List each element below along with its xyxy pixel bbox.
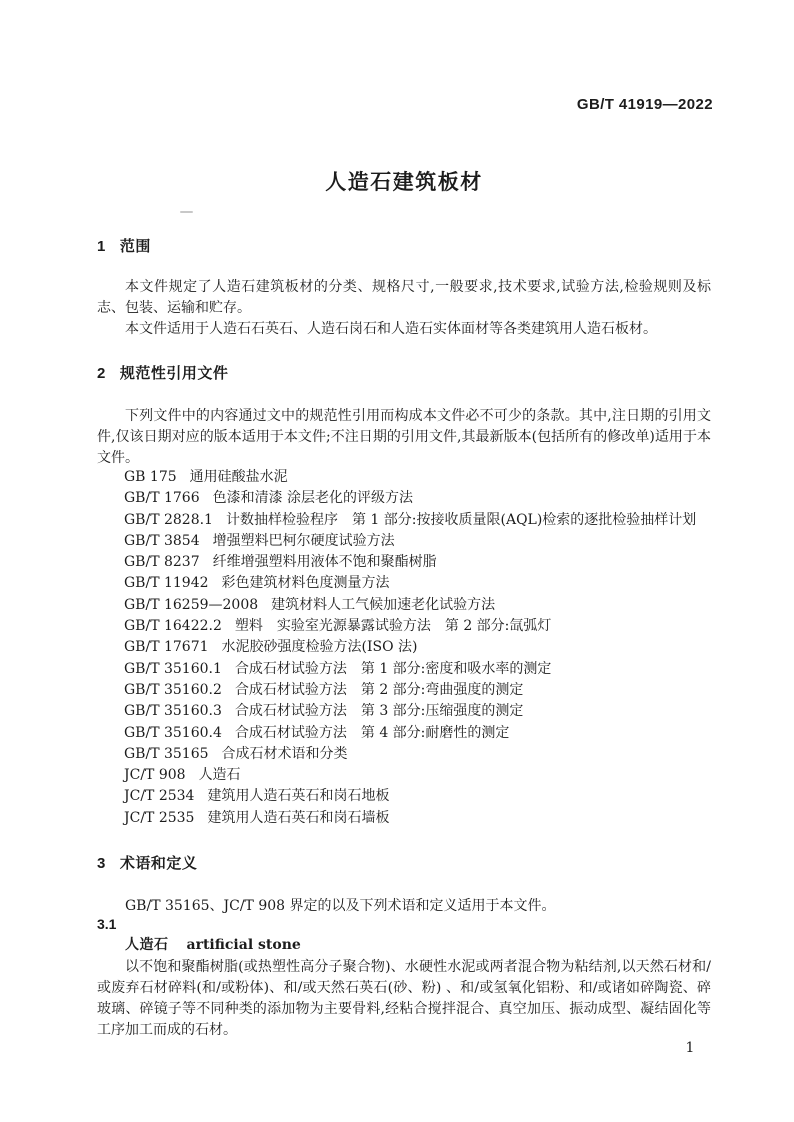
reference-code: JC/T 2535	[124, 810, 194, 826]
reference-code: JC/T 908	[124, 767, 186, 783]
references-intro-paragraph: 下列文件中的内容通过文中的规范性引用而构成本文件必不可少的条款。其中,注日期的引…	[97, 406, 711, 469]
reference-title: 通用硅酸盐水泥	[190, 469, 288, 485]
reference-title: 建筑用人造石英石和岗石墙板	[207, 810, 389, 826]
scope-paragraph-1: 本文件规定了人造石建筑板材的分类、规格尺寸,一般要求,技术要求,试验方法,检验规…	[97, 277, 711, 319]
reference-code: GB/T 11942	[124, 575, 209, 591]
reference-item: GB/T 35160.4合成石材试验方法 第 4 部分:耐磨性的测定	[124, 723, 724, 744]
scope-paragraph-2: 本文件适用于人造石石英石、人造石岗石和人造石实体面材等各类建筑用人造石板材。	[97, 319, 711, 340]
reference-code: GB/T 8237	[124, 554, 200, 570]
reference-item: GB/T 35160.1合成石材试验方法 第 1 部分:密度和吸水率的测定	[124, 659, 724, 680]
reference-code: GB 175	[124, 469, 177, 485]
reference-code: GB/T 17671	[124, 639, 209, 655]
reference-item: GB/T 17671水泥胶砂强度检验方法(ISO 法)	[124, 637, 724, 658]
reference-title: 合成石材试验方法 第 2 部分:弯曲强度的测定	[235, 682, 524, 698]
reference-item: GB/T 35160.3合成石材试验方法 第 3 部分:压缩强度的测定	[124, 701, 724, 722]
term-name-english: artificial stone	[187, 937, 301, 953]
document-title: 人造石建筑板材	[97, 166, 711, 196]
reference-code: GB/T 35160.2	[124, 682, 222, 698]
reference-item: GB/T 1766色漆和清漆 涂层老化的评级方法	[124, 488, 724, 509]
reference-title: 色漆和清漆 涂层老化的评级方法	[213, 490, 413, 506]
reference-item: JC/T 2535建筑用人造石英石和岗石墙板	[124, 808, 724, 829]
reference-title: 增强塑料巴柯尔硬度试验方法	[213, 533, 395, 549]
section-1-number: 1	[97, 238, 106, 255]
reference-code: GB/T 16259—2008	[124, 597, 258, 613]
reference-title: 计数抽样检验程序 第 1 部分:按接收质量限(AQL)检索的逐批检验抽样计划	[226, 512, 696, 528]
reference-item: GB 175通用硅酸盐水泥	[124, 467, 724, 488]
reference-title: 合成石材试验方法 第 4 部分:耐磨性的测定	[235, 725, 510, 741]
reference-code: GB/T 35160.4	[124, 725, 222, 741]
reference-title: 水泥胶砂强度检验方法(ISO 法)	[222, 639, 418, 655]
section-1-title: 范围	[120, 238, 151, 255]
reference-code: GB/T 2828.1	[124, 512, 213, 528]
section-3-heading: 3术语和定义	[97, 852, 197, 873]
reference-item: GB/T 8237纤维增强塑料用液体不饱和聚酯树脂	[124, 552, 724, 573]
term-clause-number: 3.1	[97, 914, 116, 935]
reference-item: GB/T 35165合成石材术语和分类	[124, 744, 724, 765]
reference-code: GB/T 16422.2	[124, 618, 222, 634]
reference-item: GB/T 16422.2塑料 实验室光源暴露试验方法 第 2 部分:氙弧灯	[124, 616, 724, 637]
reference-code: JC/T 2534	[124, 788, 194, 804]
section-2-heading: 2规范性引用文件	[97, 362, 228, 383]
reference-item: GB/T 35160.2合成石材试验方法 第 2 部分:弯曲强度的测定	[124, 680, 724, 701]
section-2-number: 2	[97, 365, 106, 382]
reference-item: GB/T 16259—2008建筑材料人工气候加速老化试验方法	[124, 595, 724, 616]
section-3-number: 3	[97, 855, 106, 872]
reference-title: 建筑用人造石英石和岗石地板	[207, 788, 389, 804]
section-2-body: 下列文件中的内容通过文中的规范性引用而构成本文件必不可少的条款。其中,注日期的引…	[97, 406, 711, 469]
document-page: GB/T 41919—2022 人造石建筑板材 1范围 本文件规定了人造石建筑板…	[0, 0, 794, 1122]
term-definition-body: 以不饱和聚酯树脂(或热塑性高分子聚合物)、水硬性水泥或两者混合物为粘结剂,以天然…	[97, 957, 711, 1041]
reference-code: GB/T 1766	[124, 490, 200, 506]
reference-title: 彩色建筑材料色度测量方法	[222, 575, 390, 591]
term-definition-paragraph: 以不饱和聚酯树脂(或热塑性高分子聚合物)、水硬性水泥或两者混合物为粘结剂,以天然…	[97, 957, 711, 1041]
reference-item: GB/T 2828.1计数抽样检验程序 第 1 部分:按接收质量限(AQL)检索…	[124, 510, 724, 531]
reference-title: 人造石	[199, 767, 241, 783]
reference-item: JC/T 908人造石	[124, 765, 724, 786]
reference-title: 合成石材试验方法 第 3 部分:压缩强度的测定	[235, 703, 524, 719]
reference-code: GB/T 35160.1	[124, 661, 222, 677]
reference-title: 合成石材试验方法 第 1 部分:密度和吸水率的测定	[235, 661, 552, 677]
section-2-title: 规范性引用文件	[120, 365, 229, 382]
section-1-body: 本文件规定了人造石建筑板材的分类、规格尺寸,一般要求,技术要求,试验方法,检验规…	[97, 277, 711, 340]
reference-title: 塑料 实验室光源暴露试验方法 第 2 部分:氙弧灯	[235, 618, 552, 634]
reference-code: GB/T 35160.3	[124, 703, 222, 719]
references-list: GB 175通用硅酸盐水泥 GB/T 1766色漆和清漆 涂层老化的评级方法 G…	[124, 467, 724, 829]
section-1-heading: 1范围	[97, 235, 151, 256]
terms-intro-paragraph: GB/T 35165、JC/T 908 界定的以及下列术语和定义适用于本文件。	[97, 896, 711, 917]
reference-code: GB/T 3854	[124, 533, 200, 549]
section-3-title: 术语和定义	[120, 855, 198, 872]
standard-code: GB/T 41919—2022	[97, 96, 713, 113]
term-entry: 人造石artificial stone	[125, 934, 301, 956]
section-3-body: GB/T 35165、JC/T 908 界定的以及下列术语和定义适用于本文件。	[97, 896, 711, 917]
page-number: 1	[678, 1040, 702, 1056]
reference-item: JC/T 2534建筑用人造石英石和岗石地板	[124, 786, 724, 807]
reference-title: 纤维增强塑料用液体不饱和聚酯树脂	[213, 554, 437, 570]
reference-title: 合成石材术语和分类	[222, 746, 348, 762]
reference-code: GB/T 35165	[124, 746, 209, 762]
reference-item: GB/T 11942彩色建筑材料色度测量方法	[124, 573, 724, 594]
term-name-chinese: 人造石	[125, 936, 169, 952]
reference-title: 建筑材料人工气候加速老化试验方法	[271, 597, 495, 613]
reference-item: GB/T 3854增强塑料巴柯尔硬度试验方法	[124, 531, 724, 552]
scan-artifact-mark	[180, 211, 193, 213]
